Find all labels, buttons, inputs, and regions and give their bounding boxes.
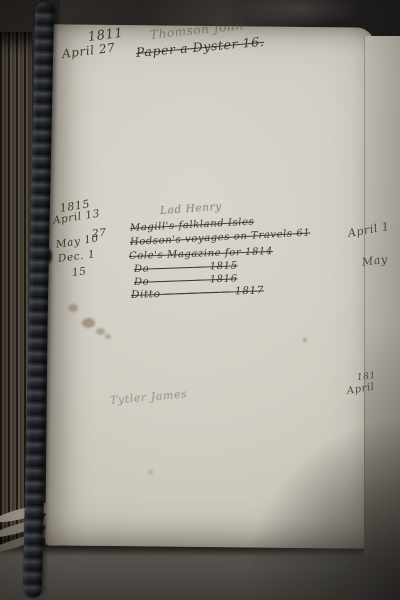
- page-stain: [96, 328, 105, 335]
- page-speck: [303, 338, 307, 342]
- date-entry: 15: [71, 265, 87, 279]
- ledger-photo: 1811 Thomson John April 27 Paper a Dyste…: [0, 0, 400, 600]
- page-stain: [82, 318, 95, 328]
- facing-page-edge: [364, 36, 400, 558]
- table-surface: [0, 544, 400, 600]
- page-stain: [68, 304, 78, 312]
- page-stain: [105, 334, 111, 339]
- page-speck: [148, 470, 153, 474]
